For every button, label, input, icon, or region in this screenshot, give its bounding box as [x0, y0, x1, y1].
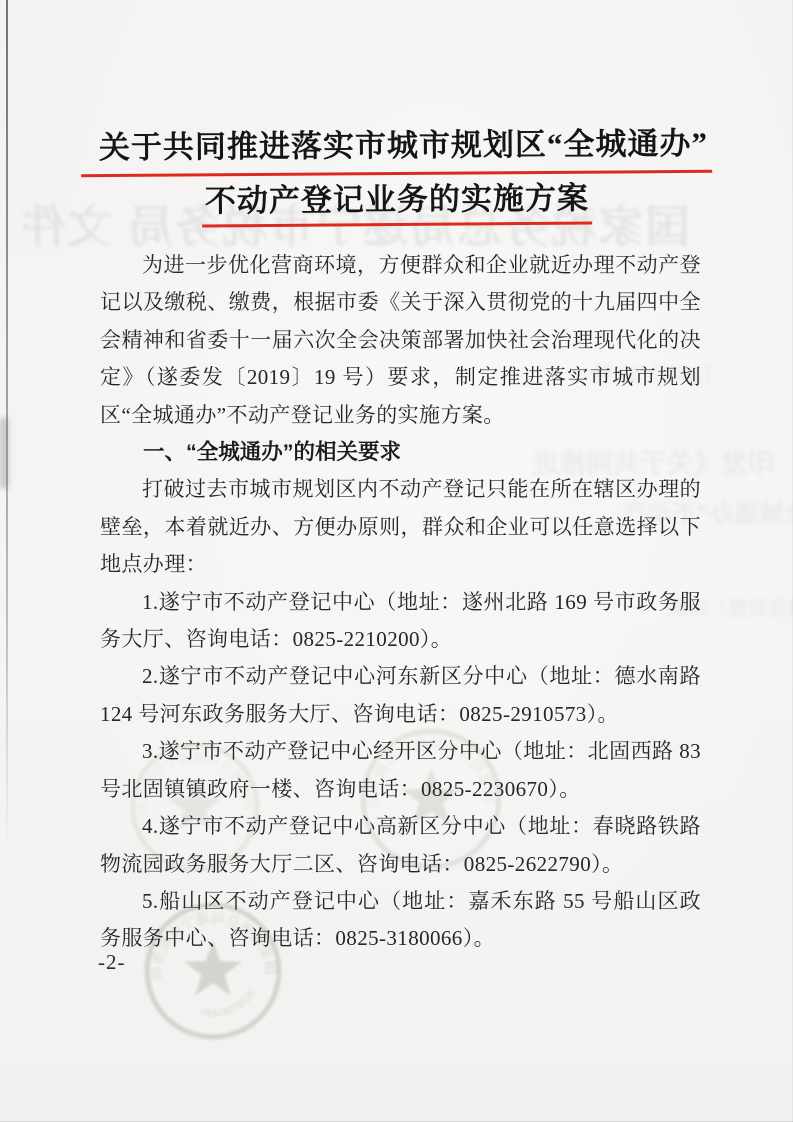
document-title-line1: 关于共同推进落实市城市规划区“全城通办” [81, 126, 712, 177]
location-item-3: 3.遂宁市不动产登记中心经开区分中心（地址：北固西路 83 号北固镇镇政府一楼、… [100, 733, 701, 808]
document-body: 为进一步优化营商环境，方便群众和企业就近办理不动产登记以及缴税、缴费，根据市委《… [100, 247, 701, 958]
scanned-document-page: 国家税务总局遂宁市税务局 文件 〔2020〕34 号 印发《关于共同推进 “全城… [0, 0, 793, 1122]
page-number: -2- [98, 950, 126, 975]
section-heading: 一、“全城通办”的相关要求 [100, 434, 701, 471]
section-lead-paragraph: 打破过去市城市规划区内不动产登记只能在所在辖区办理的壁垒，本着就近办、方便办原则… [100, 471, 701, 583]
seal-serial-number: 2020070854081 [198, 987, 258, 1019]
location-item-1: 1.遂宁市不动产登记中心（地址：遂州北路 169 号市政务服务大厅、咨询电话：0… [100, 584, 701, 659]
document-title: 关于共同推进落实市城市规划区“全城通办” 不动产登记业务的实施方案 [0, 128, 793, 226]
location-item-2: 2.遂宁市不动产登记中心河东新区分中心（地址：德水南路 124 号河东政务服务大… [100, 658, 701, 733]
location-item-4: 4.遂宁市不动产登记中心高新区分中心（地址：春晓路铁路物流园政务服务大厅二区、咨… [100, 808, 701, 883]
scan-smudge [0, 418, 8, 488]
svg-text:2020070854081: 2020070854081 [198, 987, 258, 1019]
document-title-line2: 不动产登记业务的实施方案 [201, 180, 591, 227]
location-item-5: 5.船山区不动产登记中心（地址：嘉禾东路 55 号船山区政务服务中心、咨询电话：… [100, 883, 701, 958]
intro-paragraph: 为进一步优化营商环境，方便群众和企业就近办理不动产登记以及缴税、缴费，根据市委《… [100, 247, 701, 434]
